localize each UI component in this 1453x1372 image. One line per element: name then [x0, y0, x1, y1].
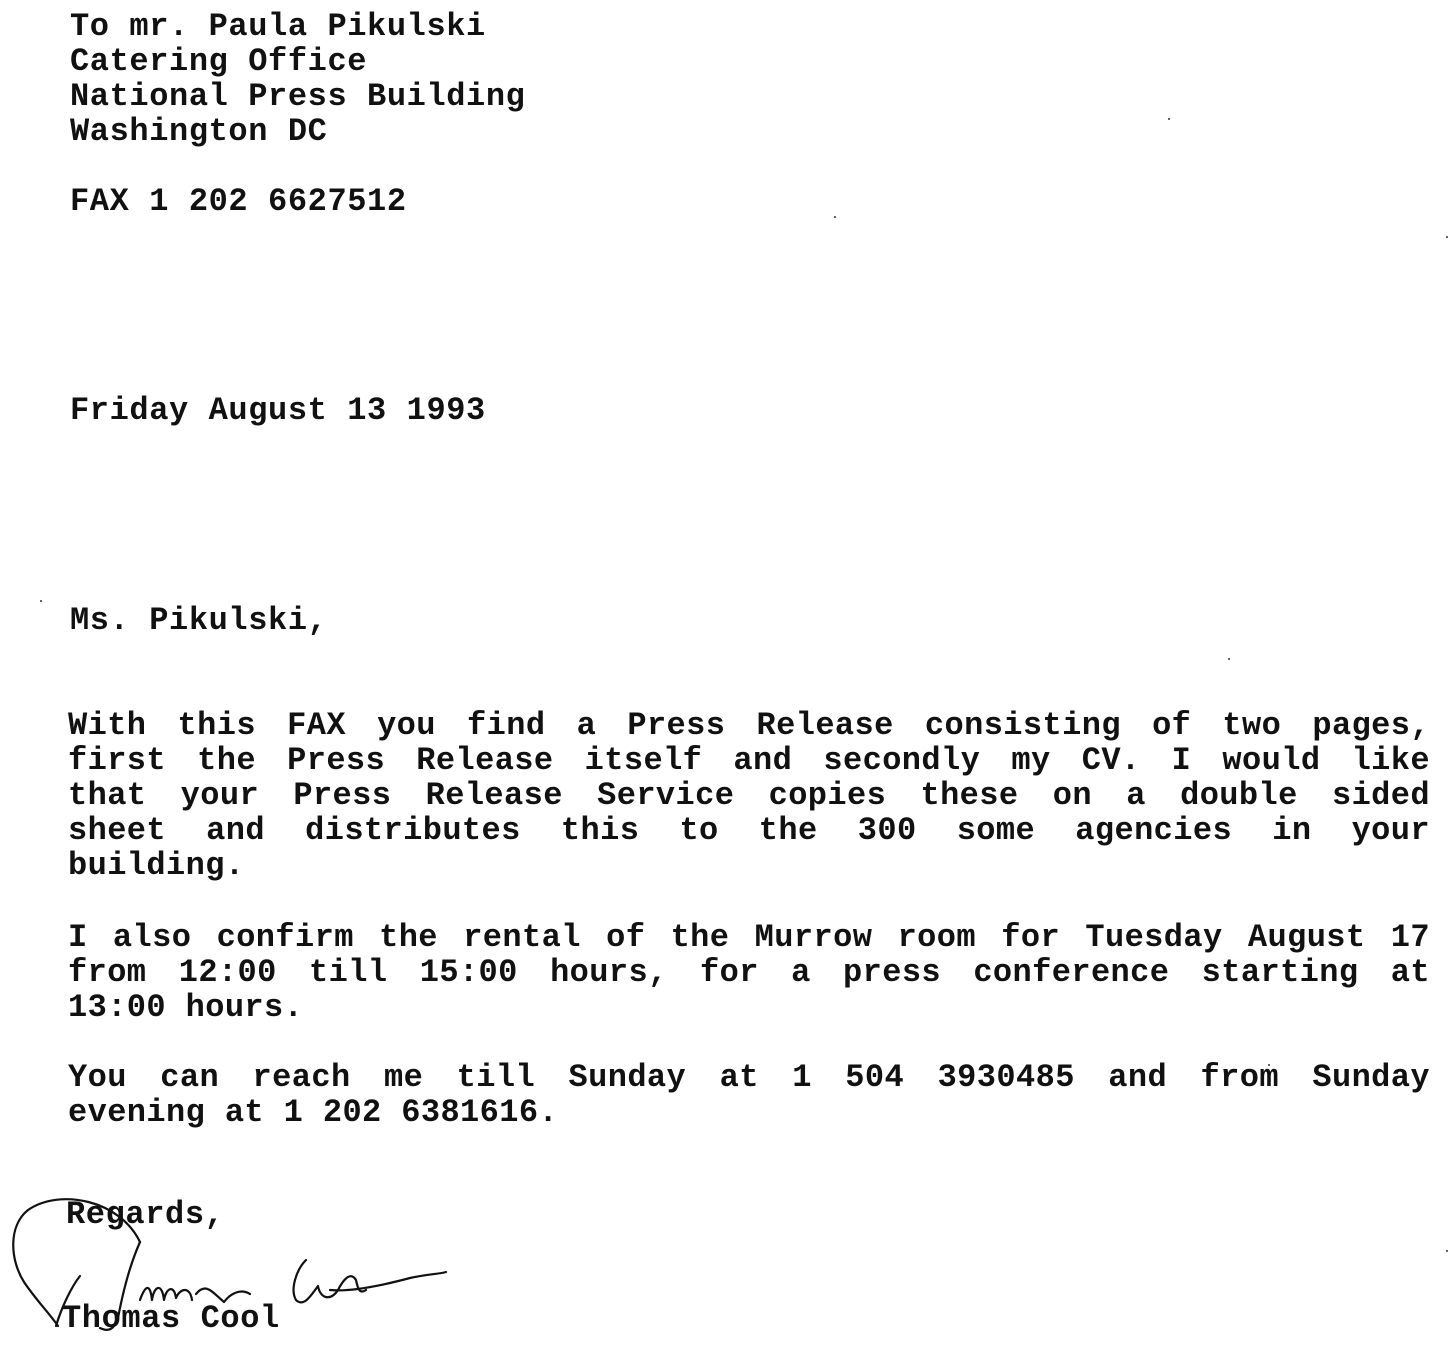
letter-date: Friday August 13 1993 [70, 394, 486, 428]
scan-speck [1268, 1064, 1270, 1066]
scan-speck [40, 600, 42, 602]
scan-speck [1446, 1250, 1448, 1252]
body-paragraph-1: With this FAX you find a Press Release c… [68, 708, 1430, 883]
paragraph-line: building. [68, 848, 1430, 883]
scan-speck [1228, 658, 1230, 660]
paragraph-line: With this FAX you find a Press Release c… [68, 708, 1430, 743]
paragraph-line: 13:00 hours. [68, 990, 1430, 1025]
salutation: Ms. Pikulski, [70, 604, 327, 638]
sender-name: Thomas Cool [62, 1302, 280, 1336]
paragraph-line: You can reach me till Sunday at 1 504 39… [68, 1060, 1430, 1095]
scan-speck [1446, 236, 1448, 238]
fax-letter-page: To mr. Paula Pikulski Catering Office Na… [0, 0, 1453, 1372]
paragraph-line: first the Press Release itself and secon… [68, 743, 1430, 778]
scan-speck [834, 216, 836, 218]
recipient-office: Catering Office [70, 45, 367, 79]
body-paragraph-3: You can reach me till Sunday at 1 504 39… [68, 1060, 1430, 1130]
body-paragraph-2: I also confirm the rental of the Murrow … [68, 920, 1430, 1025]
paragraph-line: I also confirm the rental of the Murrow … [68, 920, 1430, 955]
paragraph-line: sheet and distributes this to the 300 so… [68, 813, 1430, 848]
recipient-name: To mr. Paula Pikulski [70, 10, 486, 44]
scan-speck [1168, 118, 1170, 120]
paragraph-line: evening at 1 202 6381616. [68, 1095, 1430, 1130]
recipient-building: National Press Building [70, 80, 525, 114]
recipient-fax-number: FAX 1 202 6627512 [70, 185, 407, 219]
paragraph-line: that your Press Release Service copies t… [68, 778, 1430, 813]
paragraph-line: from 12:00 till 15:00 hours, for a press… [68, 955, 1430, 990]
recipient-city: Washington DC [70, 115, 327, 149]
